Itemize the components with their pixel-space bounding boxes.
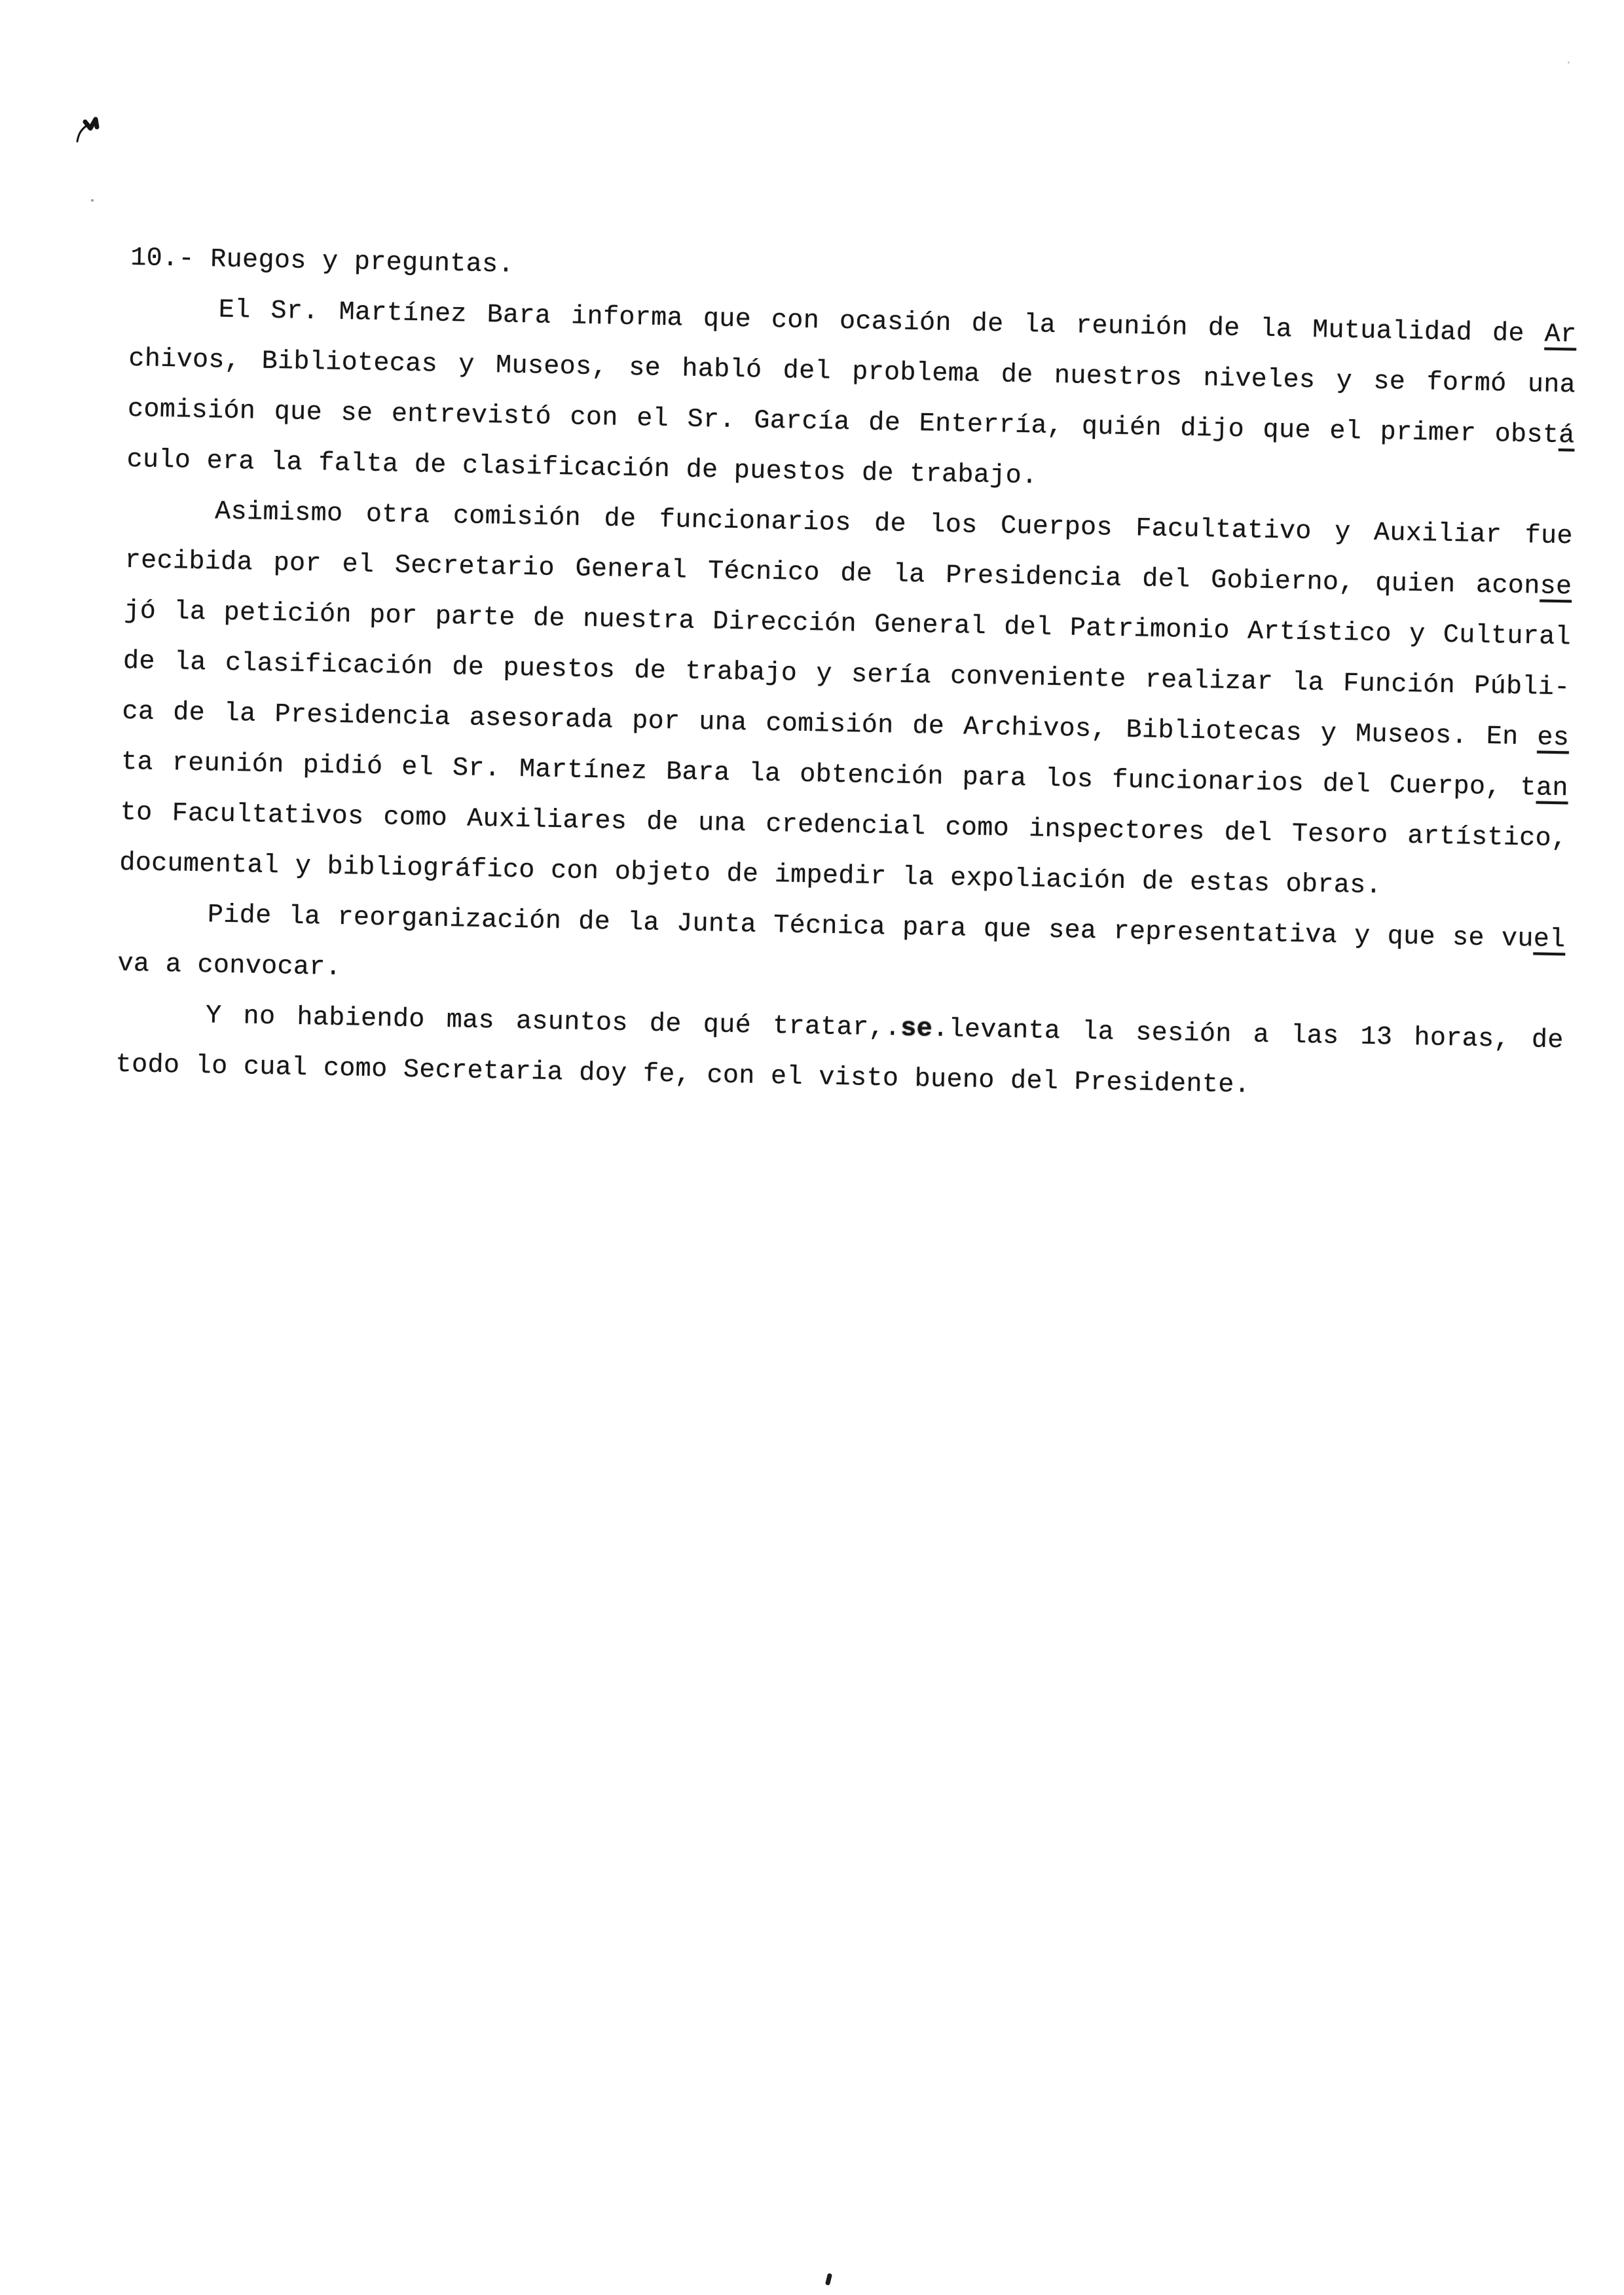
overstruck-word: se [900,1014,933,1044]
line-text: Y no habiendo mas asuntos de qué tratar,… [206,1001,901,1043]
scan-speck [1568,62,1570,64]
scan-speck [825,2273,832,2285]
line-text: todo lo cual como Secretaria doy fe, con… [115,1050,1250,1101]
underlined-syllable: el [1533,925,1566,955]
typewritten-text-block: 10.- Ruegos y preguntas. El Sr. Martínez… [115,233,1578,1116]
underlined-syllable: á [1559,421,1575,450]
underlined-syllable: Ar [1544,320,1577,350]
pen-mark-artifact [71,110,102,147]
underlined-syllable: es [1537,723,1570,753]
line-text: culo era la falta de clasificación de pu… [126,445,1038,491]
line-text: .levanta la sesión a las 13 horas, de [932,1015,1564,1056]
scanned-page: 10.- Ruegos y preguntas. El Sr. Martínez… [0,0,1624,2295]
underlined-syllable: se [1540,572,1572,602]
scan-speck [91,199,94,202]
heading-text: 10.- Ruegos y preguntas. [130,244,514,280]
underlined-syllable: an [1536,773,1569,803]
line-text: va a convocar. [117,949,341,983]
